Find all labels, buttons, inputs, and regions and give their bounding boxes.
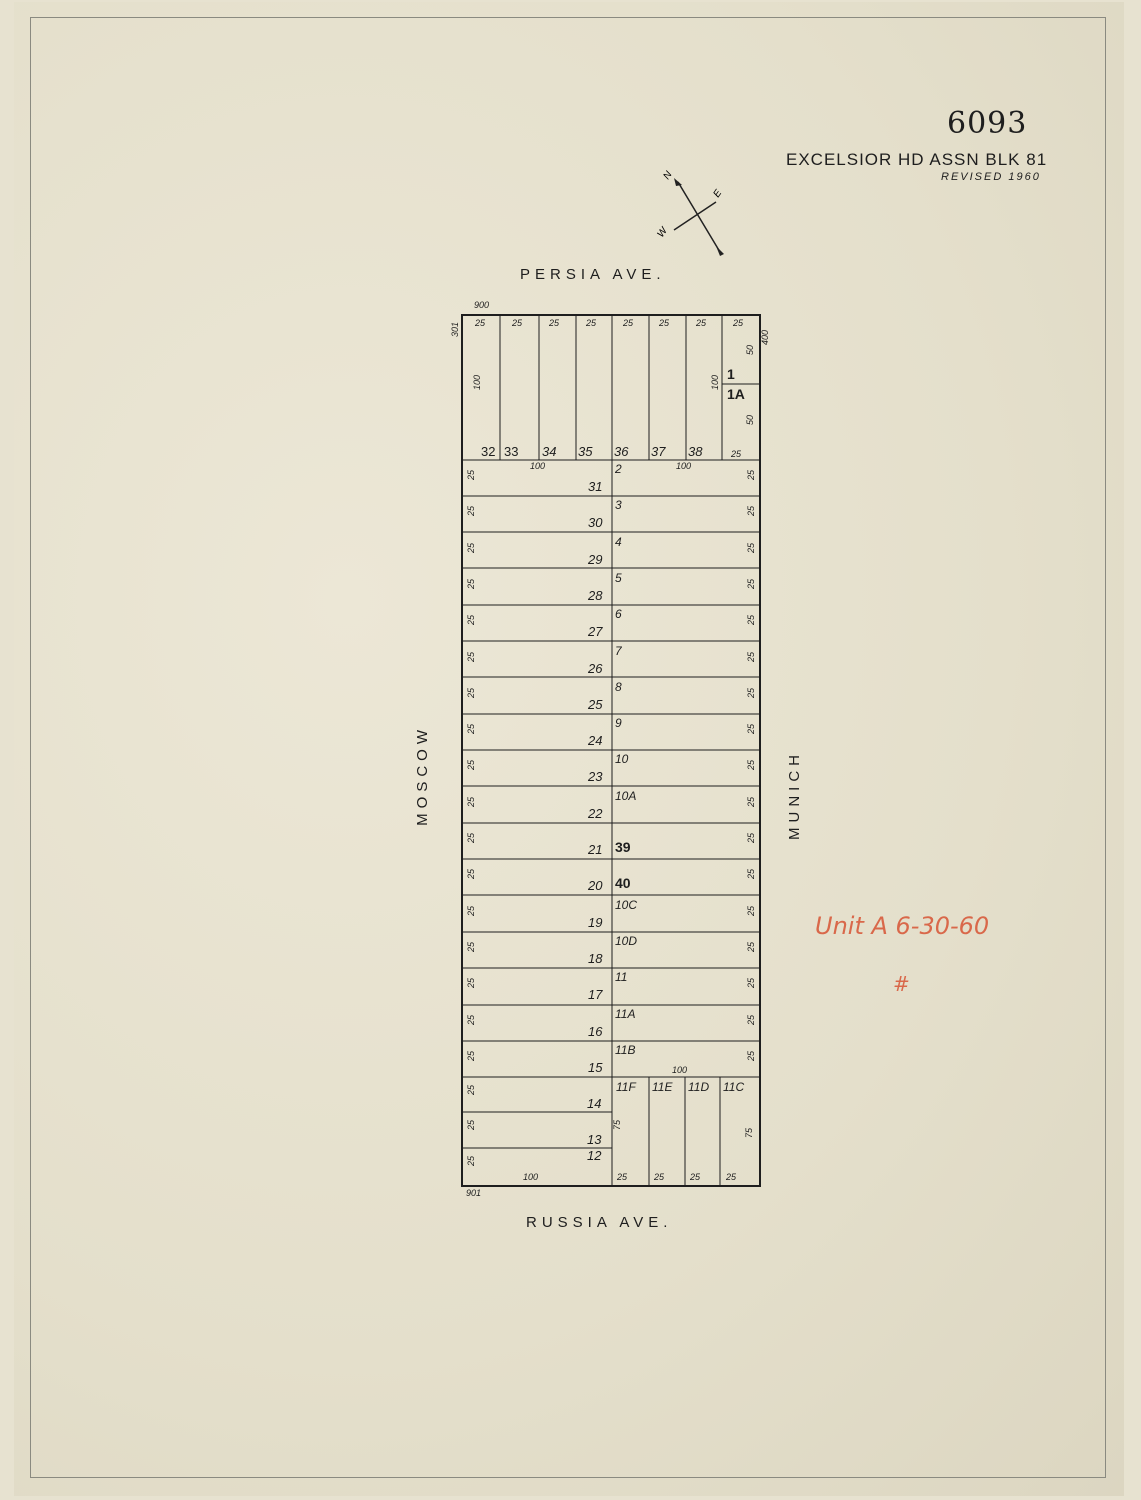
lot-dimension: 25 xyxy=(746,615,756,625)
lot-number[interactable]: 17 xyxy=(588,987,602,1002)
lot-dimension: 25 xyxy=(746,579,756,589)
lot-number[interactable]: 10C xyxy=(615,898,637,912)
lot-number[interactable]: 11E xyxy=(652,1080,672,1094)
lot-dimension: 25 xyxy=(466,833,476,843)
lot-dimension: 25 xyxy=(466,470,476,480)
lot-dimension: 25 xyxy=(726,1172,736,1182)
lot-dimension: 25 xyxy=(623,318,633,328)
corner-number: 301 xyxy=(450,322,460,337)
lot-dimension: 25 xyxy=(746,978,756,988)
lot-number[interactable]: 39 xyxy=(615,839,631,855)
lot-number[interactable]: 35 xyxy=(578,444,592,459)
lot-number[interactable]: 16 xyxy=(588,1024,602,1039)
lot-number[interactable]: 11C xyxy=(723,1080,744,1094)
lot-number[interactable]: 32 xyxy=(481,444,495,459)
lot-dimension: 25 xyxy=(466,797,476,807)
lot-number[interactable]: 10D xyxy=(615,934,637,948)
lot-dimension: 25 xyxy=(466,1051,476,1061)
lot-number[interactable]: 37 xyxy=(651,444,665,459)
lot-dimension: 25 xyxy=(746,833,756,843)
lot-dimension: 25 xyxy=(733,318,743,328)
lot-dimension: 25 xyxy=(475,318,485,328)
lot-number[interactable]: 1A xyxy=(727,386,745,402)
lot-dimension: 25 xyxy=(746,470,756,480)
lot-number[interactable]: 4 xyxy=(615,535,622,549)
lot-dimension: 25 xyxy=(696,318,706,328)
lot-dimension: 25 xyxy=(466,579,476,589)
lot-dimension: 25 xyxy=(466,688,476,698)
lot-number[interactable]: 40 xyxy=(615,875,631,891)
lot-dimension: 25 xyxy=(746,724,756,734)
corner-number: 901 xyxy=(466,1188,481,1198)
lot-number[interactable]: 36 xyxy=(614,444,628,459)
corner-number: 900 xyxy=(474,300,489,310)
lot-number[interactable]: 12 xyxy=(587,1148,601,1163)
lot-dimension: 100 xyxy=(710,375,720,390)
lot-number[interactable]: 11 xyxy=(615,970,627,984)
lot-number[interactable]: 18 xyxy=(588,951,602,966)
lot-dimension: 25 xyxy=(466,760,476,770)
lot-dimension: 100 xyxy=(676,461,691,471)
lot-number[interactable]: 11D xyxy=(688,1080,709,1094)
lot-number[interactable]: 7 xyxy=(615,644,622,658)
lot-dimension: 75 xyxy=(744,1128,754,1138)
lot-dimension: 25 xyxy=(466,1156,476,1166)
lot-number[interactable]: 6 xyxy=(615,607,622,621)
lot-dimension: 25 xyxy=(654,1172,664,1182)
block-plat xyxy=(0,0,1141,1500)
lot-dimension: 25 xyxy=(617,1172,627,1182)
lot-dimension: 75 xyxy=(612,1120,622,1130)
lot-dimension: 100 xyxy=(672,1065,687,1075)
lot-dimension: 25 xyxy=(466,506,476,516)
lot-dimension: 100 xyxy=(472,375,482,390)
lot-dimension: 25 xyxy=(746,942,756,952)
lot-number[interactable]: 28 xyxy=(588,588,602,603)
lot-number[interactable]: 33 xyxy=(504,444,518,459)
lot-dimension: 25 xyxy=(746,1051,756,1061)
lot-number[interactable]: 22 xyxy=(588,806,602,821)
lot-number[interactable]: 15 xyxy=(588,1060,602,1075)
lot-dimension: 25 xyxy=(466,652,476,662)
lot-dimension: 25 xyxy=(466,869,476,879)
lot-dimension: 25 xyxy=(586,318,596,328)
lot-number[interactable]: 38 xyxy=(688,444,702,459)
lot-dimension: 25 xyxy=(466,906,476,916)
lot-number[interactable]: 11B xyxy=(615,1043,635,1057)
lot-dimension: 25 xyxy=(512,318,522,328)
lot-dimension: 25 xyxy=(466,543,476,553)
lot-number[interactable]: 5 xyxy=(615,571,622,585)
lot-number[interactable]: 19 xyxy=(588,915,602,930)
lot-dimension: 25 xyxy=(466,978,476,988)
lot-dimension: 25 xyxy=(690,1172,700,1182)
lot-dimension: 50 xyxy=(745,415,755,425)
lot-number[interactable]: 11F xyxy=(616,1080,636,1094)
lot-number[interactable]: 26 xyxy=(588,661,602,676)
handwritten-annotation: Unit A 6-30-60 xyxy=(815,912,989,940)
lot-dimension: 100 xyxy=(530,461,545,471)
lot-number[interactable]: 29 xyxy=(588,552,602,567)
lot-number[interactable]: 10A xyxy=(615,789,636,803)
lot-number[interactable]: 10 xyxy=(615,752,628,766)
lot-dimension: 25 xyxy=(746,688,756,698)
lot-dimension: 25 xyxy=(746,506,756,516)
handwritten-mark: # xyxy=(893,972,910,996)
lot-number[interactable]: 3 xyxy=(615,498,622,512)
lot-dimension: 25 xyxy=(466,724,476,734)
lot-number[interactable]: 25 xyxy=(588,697,602,712)
lot-dimension: 25 xyxy=(746,760,756,770)
lot-dimension: 50 xyxy=(745,345,755,355)
lot-dimension: 25 xyxy=(466,1085,476,1095)
lot-dimension: 25 xyxy=(746,869,756,879)
lot-number[interactable]: 13 xyxy=(587,1132,601,1147)
lot-dimension: 100 xyxy=(523,1172,538,1182)
lot-dimension: 25 xyxy=(746,1015,756,1025)
lot-number[interactable]: 20 xyxy=(588,878,602,893)
lot-number[interactable]: 31 xyxy=(588,479,602,494)
lot-dimension: 25 xyxy=(746,906,756,916)
lot-number[interactable]: 14 xyxy=(587,1096,601,1111)
lot-dimension: 25 xyxy=(466,1015,476,1025)
lot-number[interactable]: 1 xyxy=(727,366,735,382)
lot-dimension: 25 xyxy=(466,1120,476,1130)
lot-dimension: 25 xyxy=(746,543,756,553)
lot-number[interactable]: 8 xyxy=(615,680,622,694)
lot-number[interactable]: 24 xyxy=(588,733,602,748)
lot-number[interactable]: 23 xyxy=(588,769,602,784)
lot-dimension: 25 xyxy=(746,652,756,662)
lot-dimension: 25 xyxy=(746,797,756,807)
lot-dimension: 25 xyxy=(549,318,559,328)
lot-number[interactable]: 30 xyxy=(588,515,602,530)
corner-number: 400 xyxy=(760,330,770,345)
lot-number[interactable]: 11A xyxy=(615,1007,635,1021)
lot-number[interactable]: 27 xyxy=(588,624,602,639)
lot-dimension: 25 xyxy=(466,942,476,952)
lot-dimension: 25 xyxy=(466,615,476,625)
lot-dimension: 25 xyxy=(659,318,669,328)
lot-number[interactable]: 34 xyxy=(542,444,556,459)
lot-number[interactable]: 9 xyxy=(615,716,622,730)
lot-number[interactable]: 21 xyxy=(588,842,602,857)
lot-number[interactable]: 2 xyxy=(615,462,622,476)
lot-dimension: 25 xyxy=(731,449,741,459)
